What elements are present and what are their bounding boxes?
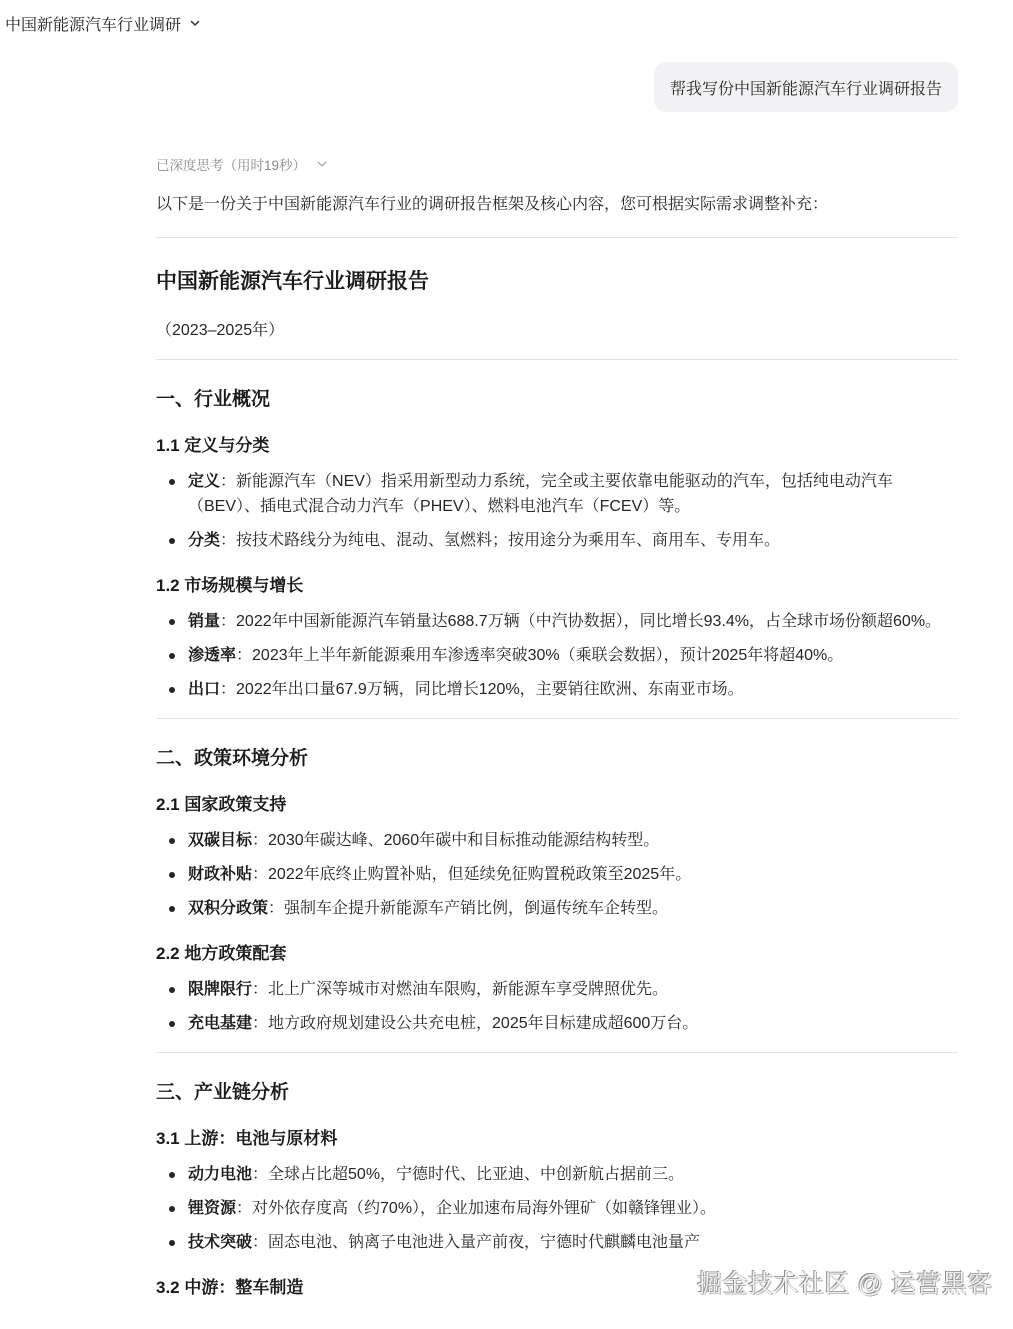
divider — [156, 359, 958, 360]
intro-text: 以下是一份关于中国新能源汽车行业的调研报告框架及核心内容，您可根据实际需求调整补… — [156, 192, 958, 218]
list-item: 锂资源：对外依存度高（约70%），企业加速布局海外锂矿（如赣锋锂业）。 — [156, 1196, 958, 1221]
bullet-list: 定义：新能源汽车（NEV）指采用新型动力系统，完全或主要依靠电能驱动的汽车，包括… — [156, 469, 958, 553]
item-label: 动力电池 — [188, 1166, 252, 1183]
list-item: 技术突破：固态电池、钠离子电池进入量产前夜，宁德时代麒麟电池量产 — [156, 1230, 958, 1255]
bullet-list: 销量：2022年中国新能源汽车销量达688.7万辆（中汽协数据），同比增长93.… — [156, 609, 958, 702]
item-label: 充电基建 — [188, 1015, 252, 1032]
watermark: 掘金技术社区 @ 运营黑客 — [697, 1264, 993, 1300]
item-label: 分类 — [188, 532, 220, 549]
list-item: 渗透率：2023年上半年新能源乘用车渗透率突破30%（乘联会数据），预计2025… — [156, 643, 958, 668]
bullet-list: 动力电池：全球占比超50%，宁德时代、比亚迪、中创新航占据前三。 锂资源：对外依… — [156, 1162, 958, 1255]
item-text: ：全球占比超50%，宁德时代、比亚迪、中创新航占据前三。 — [252, 1166, 684, 1183]
list-item: 出口：2022年出口量67.9万辆，同比增长120%，主要销往欧洲、东南亚市场。 — [156, 677, 958, 702]
item-label: 技术突破 — [188, 1234, 252, 1251]
item-label: 锂资源 — [188, 1200, 236, 1217]
bullet-list: 限牌限行：北上广深等城市对燃油车限购，新能源车享受牌照优先。 充电基建：地方政府… — [156, 977, 958, 1036]
list-item: 限牌限行：北上广深等城市对燃油车限购，新能源车享受牌照优先。 — [156, 977, 958, 1002]
divider — [156, 718, 958, 719]
item-text: ：强制车企提升新能源车产销比例，倒逼传统车企转型。 — [268, 900, 668, 917]
report-subtitle: （2023–2025年） — [156, 317, 958, 340]
item-text: ：2022年出口量67.9万辆，同比增长120%，主要销往欧洲、东南亚市场。 — [220, 681, 744, 698]
item-label: 财政补贴 — [188, 866, 252, 883]
item-label: 限牌限行 — [188, 981, 252, 998]
item-text: ：新能源汽车（NEV）指采用新型动力系统，完全或主要依靠电能驱动的汽车，包括纯电… — [188, 473, 893, 515]
section-heading: 二、政策环境分析 — [156, 743, 958, 770]
subsection-heading: 2.2 地方政策配套 — [156, 939, 958, 964]
item-text: ：2022年中国新能源汽车销量达688.7万辆（中汽协数据），同比增长93.4%… — [220, 613, 941, 630]
assistant-answer: 已深度思考（用时19秒） 以下是一份关于中国新能源汽车行业的调研报告框架及核心内… — [156, 150, 958, 1298]
item-text: ：对外依存度高（约70%），企业加速布局海外锂矿（如赣锋锂业）。 — [236, 1200, 716, 1217]
conversation-header[interactable]: 中国新能源汽车行业调研 — [0, 0, 201, 46]
item-label: 双积分政策 — [188, 900, 268, 917]
item-text: ：2022年底终止购置补贴，但延续免征购置税政策至2025年。 — [252, 866, 691, 883]
item-label: 销量 — [188, 613, 220, 630]
chevron-down-icon[interactable] — [189, 17, 201, 29]
chat-page: 中国新能源汽车行业调研 帮我写份中国新能源汽车行业调研报告 已深度思考（用时19… — [0, 0, 1013, 1329]
item-text: ：固态电池、钠离子电池进入量产前夜，宁德时代麒麟电池量产 — [252, 1234, 700, 1251]
chevron-down-icon[interactable] — [316, 158, 328, 170]
section-heading: 三、产业链分析 — [156, 1077, 958, 1104]
list-item: 动力电池：全球占比超50%，宁德时代、比亚迪、中创新航占据前三。 — [156, 1162, 958, 1187]
list-item: 定义：新能源汽车（NEV）指采用新型动力系统，完全或主要依靠电能驱动的汽车，包括… — [156, 469, 958, 519]
item-label: 定义 — [188, 473, 220, 490]
list-item: 双积分政策：强制车企提升新能源车产销比例，倒逼传统车企转型。 — [156, 896, 958, 921]
item-text: ：2030年碳达峰、2060年碳中和目标推动能源结构转型。 — [252, 832, 659, 849]
bullet-list: 双碳目标：2030年碳达峰、2060年碳中和目标推动能源结构转型。 财政补贴：2… — [156, 828, 958, 921]
item-label: 渗透率 — [188, 647, 236, 664]
item-text: ：北上广深等城市对燃油车限购，新能源车享受牌照优先。 — [252, 981, 668, 998]
section-heading: 一、行业概况 — [156, 384, 958, 411]
conversation-title[interactable]: 中国新能源汽车行业调研 — [5, 12, 181, 35]
list-item: 财政补贴：2022年底终止购置补贴，但延续免征购置税政策至2025年。 — [156, 862, 958, 887]
report-title: 中国新能源汽车行业调研报告 — [156, 265, 958, 295]
thinking-label: 已深度思考（用时19秒） — [156, 154, 306, 174]
subsection-heading: 1.2 市场规模与增长 — [156, 571, 958, 596]
subsection-heading: 3.1 上游：电池与原材料 — [156, 1124, 958, 1149]
item-label: 出口 — [188, 681, 220, 698]
user-message-bubble: 帮我写份中国新能源汽车行业调研报告 — [654, 62, 958, 112]
item-text: ：按技术路线分为纯电、混动、氢燃料；按用途分为乘用车、商用车、专用车。 — [220, 532, 780, 549]
thinking-toggle[interactable]: 已深度思考（用时19秒） — [156, 150, 958, 178]
list-item: 双碳目标：2030年碳达峰、2060年碳中和目标推动能源结构转型。 — [156, 828, 958, 853]
item-text: ：地方政府规划建设公共充电桩，2025年目标建成超600万台。 — [252, 1015, 698, 1032]
divider — [156, 237, 958, 238]
item-label: 双碳目标 — [188, 832, 252, 849]
list-item: 充电基建：地方政府规划建设公共充电桩，2025年目标建成超600万台。 — [156, 1011, 958, 1036]
item-text: ：2023年上半年新能源乘用车渗透率突破30%（乘联会数据），预计2025年将超… — [236, 647, 843, 664]
subsection-heading: 2.1 国家政策支持 — [156, 790, 958, 815]
list-item: 销量：2022年中国新能源汽车销量达688.7万辆（中汽协数据），同比增长93.… — [156, 609, 958, 634]
divider — [156, 1052, 958, 1053]
subsection-heading: 1.1 定义与分类 — [156, 431, 958, 456]
list-item: 分类：按技术路线分为纯电、混动、氢燃料；按用途分为乘用车、商用车、专用车。 — [156, 528, 958, 553]
